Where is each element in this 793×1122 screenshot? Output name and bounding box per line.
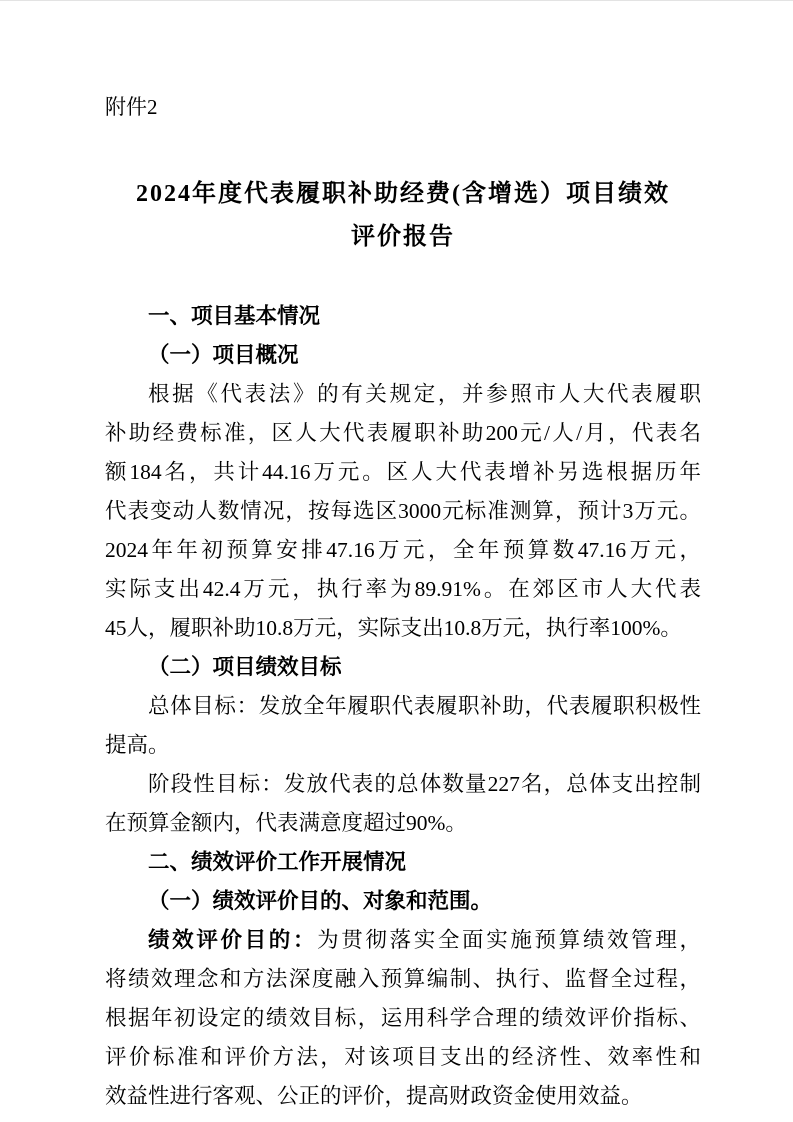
text-line: 总体目标：发放全年履职代表履职补助，代表履职积极性 [105,687,701,726]
text-line: 补助经费标准，区人大代表履职补助200元/人/月，代表名 [105,414,701,453]
document-title-line-2: 评价报告 [105,216,701,259]
section-1-2-heading: （二）项目绩效目标 [105,648,701,687]
paragraph-evaluation-purpose: 绩效评价目的：为贯彻落实全面实施预算绩效管理， 将绩效理念和方法深度融入预算编制… [105,921,701,1116]
text-line: 阶段性目标：发放代表的总体数量227名，总体支出控制 [105,765,701,804]
text-line: 额184名，共计44.16万元。区人大代表增补另选根据历年 [105,453,701,492]
text-line: 绩效评价目的：为贯彻落实全面实施预算绩效管理， [105,921,701,960]
document-title-line-1: 2024年度代表履职补助经费(含增选）项目绩效 [105,173,701,216]
section-1-1-heading: （一）项目概况 [105,336,701,375]
text-line: 根据《代表法》的有关规定，并参照市人大代表履职 [105,375,701,414]
text-line: 在预算金额内，代表满意度超过90%。 [105,804,701,843]
paragraph-project-overview: 根据《代表法》的有关规定，并参照市人大代表履职 补助经费标准，区人大代表履职补助… [105,375,701,648]
section-2-1-heading: （一）绩效评价目的、对象和范围。 [105,882,701,921]
document-page: 附件2 2024年度代表履职补助经费(含增选）项目绩效 评价报告 一、项目基本情… [0,1,793,1122]
text-line: 根据年初设定的绩效目标，运用科学合理的绩效评价指标、 [105,999,701,1038]
text-line: 2024年年初预算安排47.16万元，全年预算数47.16万元， [105,531,701,570]
text-line: 评价标准和评价方法，对该项目支出的经济性、效率性和 [105,1038,701,1077]
evaluation-purpose-lead: 绩效评价目的： [148,928,317,952]
section-1-heading: 一、项目基本情况 [105,297,701,336]
evaluation-purpose-text: 为贯彻落实全面实施预算绩效管理， [317,928,701,952]
document-page-background: { "page": { "background": "#ffffff", "te… [0,0,793,1122]
text-line: 将绩效理念和方法深度融入预算编制、执行、监督全过程， [105,960,701,999]
text-line: 效益性进行客观、公正的评价，提高财政资金使用效益。 [105,1077,701,1116]
text-line: 提高。 [105,726,701,765]
section-2-heading: 二、绩效评价工作开展情况 [105,843,701,882]
paragraph-stage-goal: 阶段性目标：发放代表的总体数量227名，总体支出控制 在预算金额内，代表满意度超… [105,765,701,843]
attachment-label: 附件2 [105,88,701,127]
document-title: 2024年度代表履职补助经费(含增选）项目绩效 评价报告 [105,173,701,259]
paragraph-overall-goal: 总体目标：发放全年履职代表履职补助，代表履职积极性 提高。 [105,687,701,765]
text-line: 实际支出42.4万元，执行率为89.91%。在郊区市人大代表 [105,570,701,609]
text-line: 代表变动人数情况，按每选区3000元标准测算，预计3万元。 [105,492,701,531]
text-line: 45人，履职补助10.8万元，实际支出10.8万元，执行率100%。 [105,609,701,648]
